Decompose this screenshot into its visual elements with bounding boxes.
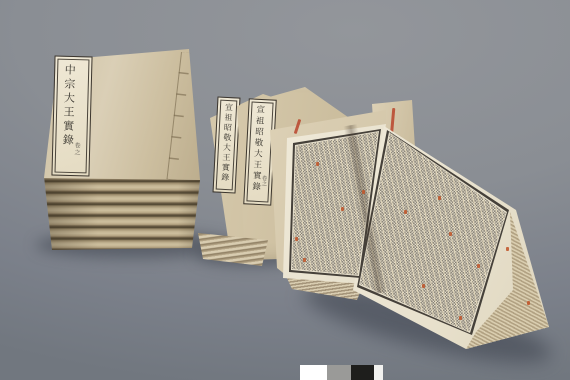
red-ink-mark: [295, 237, 298, 241]
middle-back-title-text: 宣祖昭敬大王實錄: [220, 103, 233, 192]
red-ink-mark: [404, 210, 407, 214]
red-ink-mark: [459, 316, 462, 320]
red-ink-mark: [449, 232, 452, 236]
stacked-volume-fore-edges: [42, 176, 202, 252]
red-ink-mark: [477, 264, 480, 268]
red-ink-mark: [316, 162, 319, 166]
red-ink-mark: [341, 207, 344, 211]
calibration-patch: [374, 365, 383, 380]
calibration-strip: [300, 365, 383, 380]
calibration-patch: [351, 365, 374, 380]
stack-title-label: 中宗大王實錄 卷之: [51, 56, 92, 177]
red-ink-mark: [362, 190, 365, 194]
photo-scene: 中宗大王實錄 卷之 宣祖昭敬大王實錄 宣祖昭敬大王實錄 卷之: [0, 0, 570, 380]
red-ink-mark: [303, 258, 306, 262]
calibration-patch: [300, 365, 327, 380]
red-ink-mark: [438, 196, 441, 200]
calibration-patch: [327, 365, 351, 380]
red-ink-mark: [506, 247, 509, 251]
red-ink-mark: [422, 284, 425, 288]
red-ink-mark: [527, 301, 530, 305]
